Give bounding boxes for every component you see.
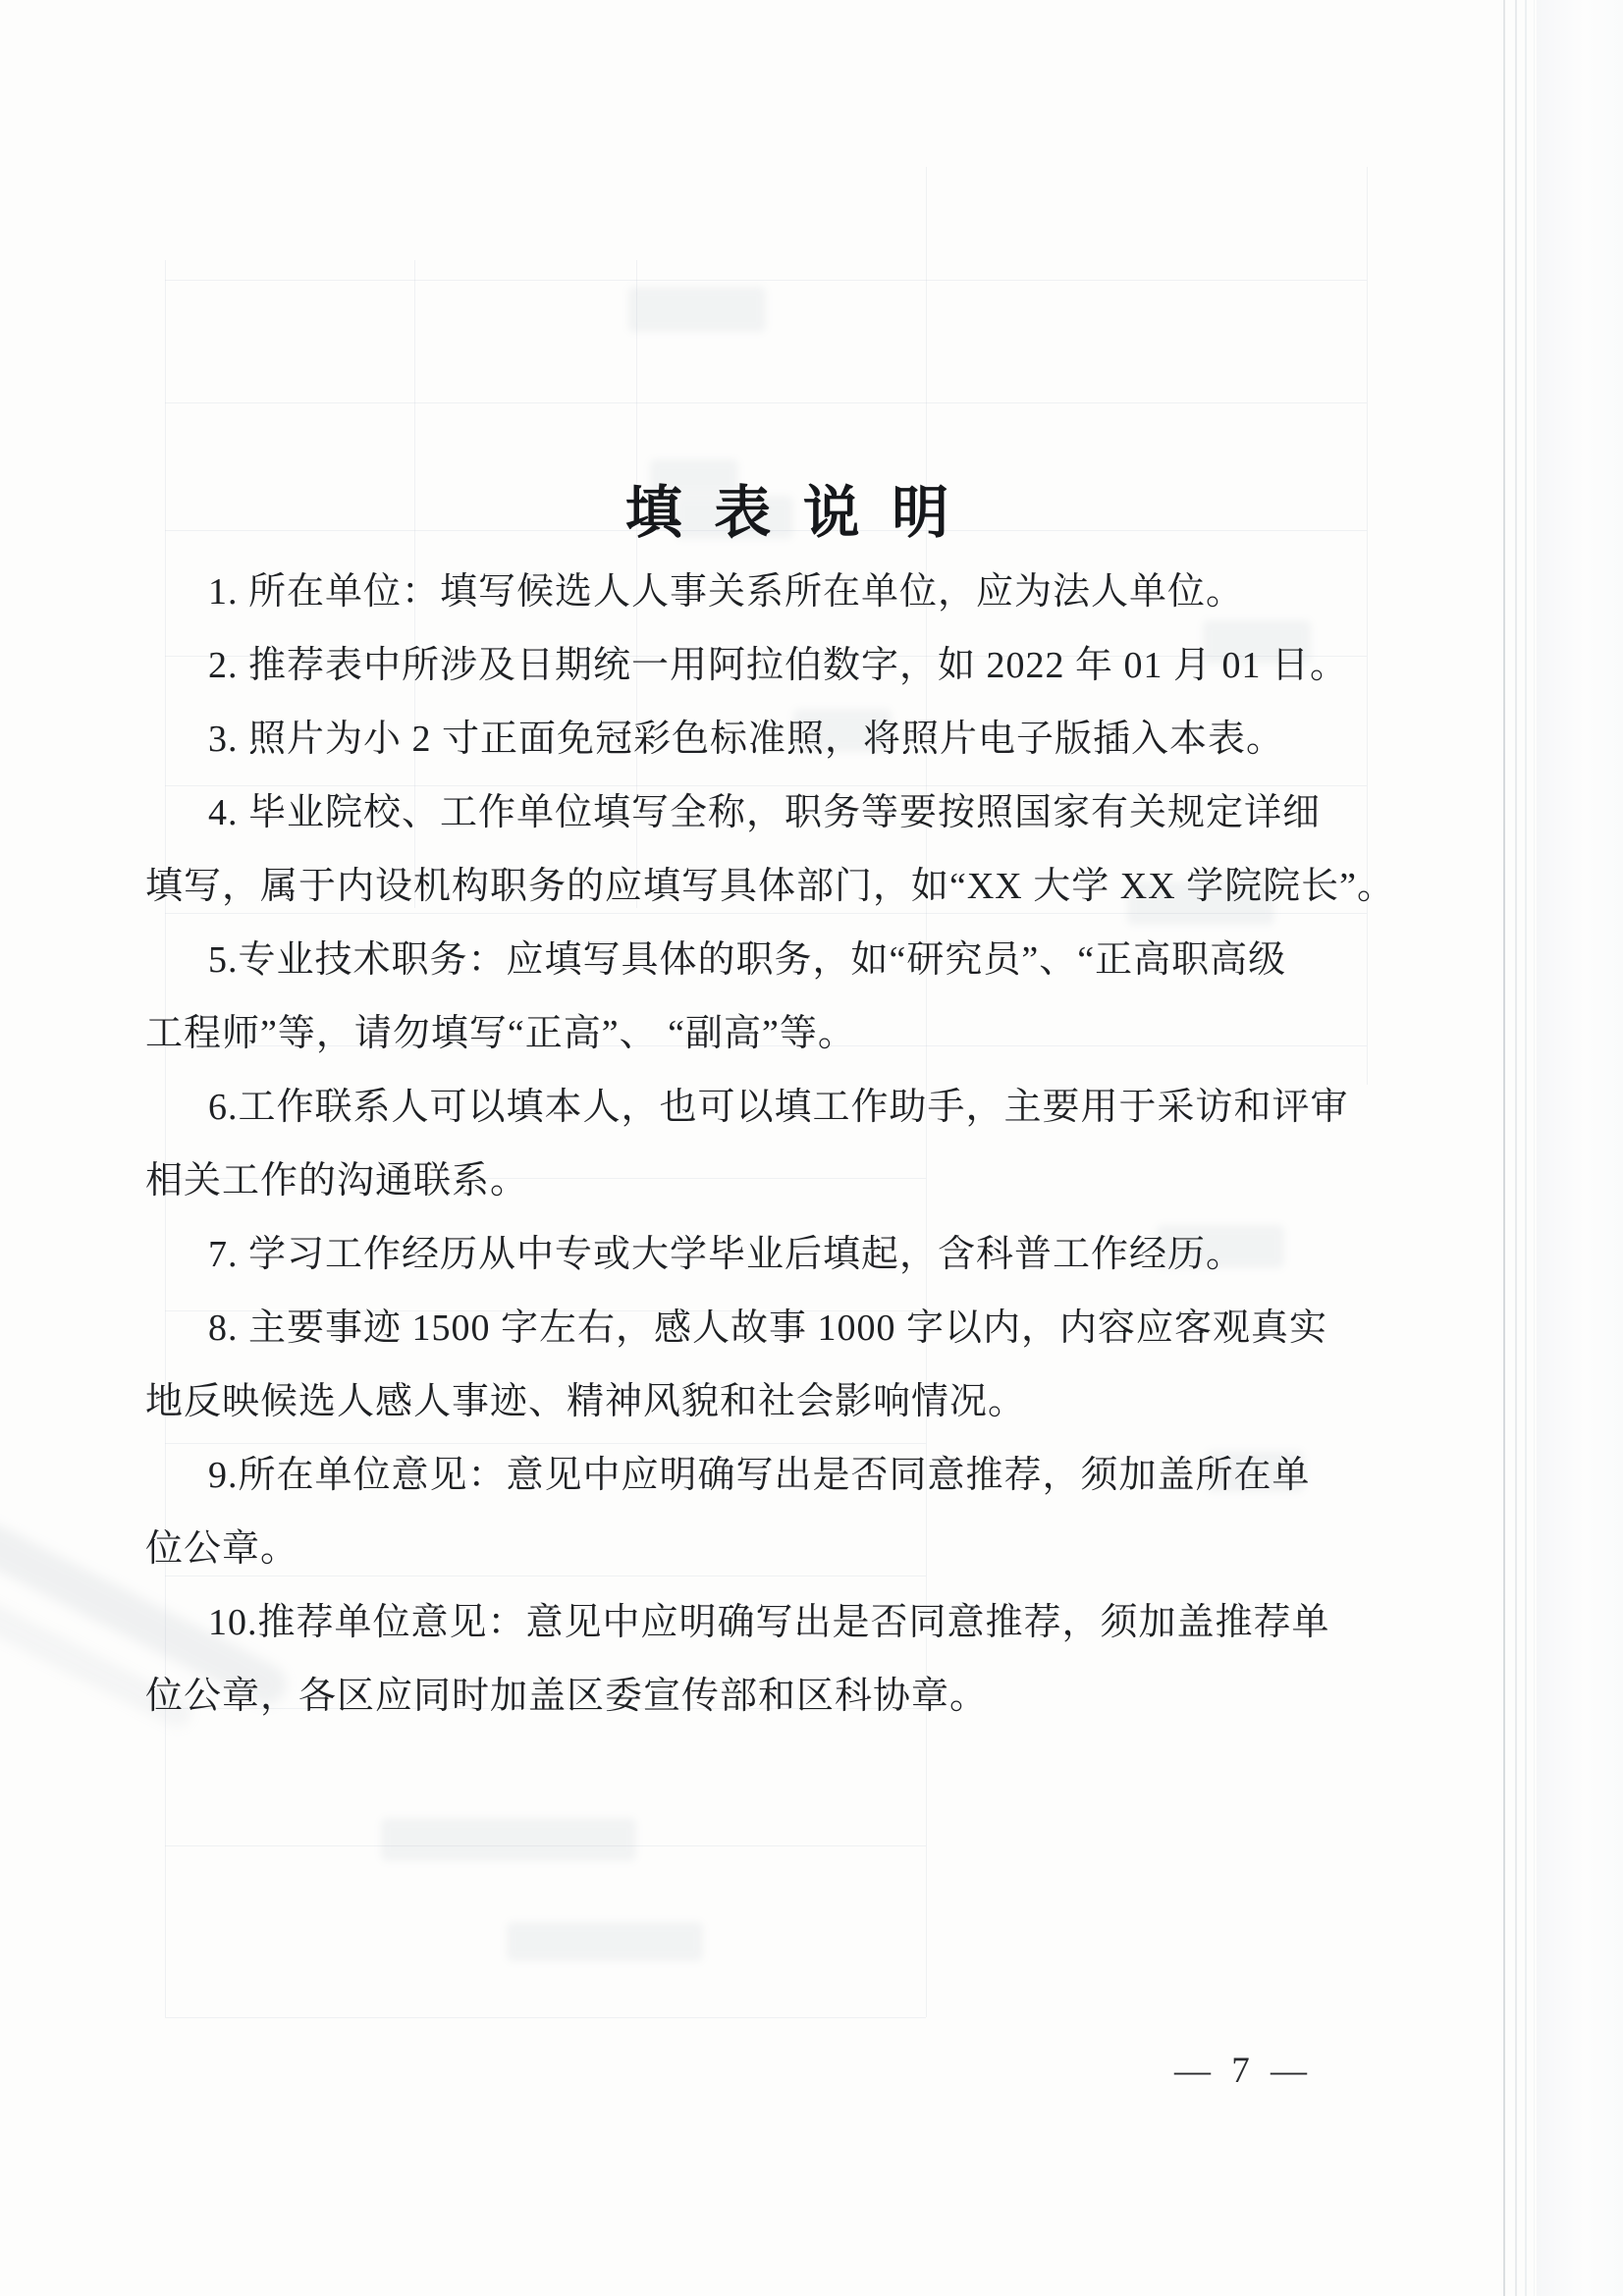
instruction-item-9: 9.所在单位意见：意见中应明确写出是否同意推荐，须加盖所在单 (145, 1439, 1439, 1513)
scanned-document-page: { "doc": { "title": "填 表 说 明", "items": … (0, 0, 1623, 2296)
instruction-item-4: 4. 毕业院校、工作单位填写全称，职务等要按照国家有关规定详细 (145, 776, 1439, 850)
instruction-item-5: 5.专业技术职务：应填写具体的职务，如“研究员”、“正高职高级 (145, 924, 1439, 997)
instruction-item-8: 8. 主要事迹 1500 字左右，感人故事 1000 字以内，内容应客观真实 (145, 1292, 1439, 1365)
instruction-item-5-cont: 工程师”等，请勿填写“正高”、 “副高”等。 (145, 997, 1439, 1071)
instruction-item-2: 2. 推荐表中所涉及日期统一用阿拉伯数字，如 2022 年 01 月 01 日。 (145, 629, 1439, 703)
instruction-item-1: 1. 所在单位：填写候选人人事关系所在单位，应为法人单位。 (145, 556, 1439, 629)
instruction-item-6: 6.工作联系人可以填本人，也可以填工作助手，主要用于采访和评审 (145, 1071, 1439, 1145)
instruction-item-10-cont: 位公章，各区应同时加盖区委宣传部和区科协章。 (145, 1660, 1439, 1734)
instruction-item-9-cont: 位公章。 (145, 1513, 1439, 1586)
instruction-item-6-cont: 相关工作的沟通联系。 (145, 1145, 1439, 1218)
instruction-item-3: 3. 照片为小 2 寸正面免冠彩色标准照，将照片电子版插入本表。 (145, 703, 1439, 776)
page-number: — 7 — (1174, 2050, 1313, 2092)
instruction-item-10: 10.推荐单位意见：意见中应明确写出是否同意推荐，须加盖推荐单 (145, 1586, 1439, 1660)
document-title: 填 表 说 明 (145, 466, 1437, 549)
instruction-item-7: 7. 学习工作经历从中专或大学毕业后填起，含科普工作经历。 (145, 1218, 1439, 1292)
instruction-item-8-cont: 地反映候选人感人事迹、精神风貌和社会影响情况。 (145, 1365, 1439, 1439)
instructions-list: 1. 所在单位：填写候选人人事关系所在单位，应为法人单位。 2. 推荐表中所涉及… (145, 556, 1439, 1734)
instruction-item-4-cont: 填写，属于内设机构职务的应填写具体部门，如“XX 大学 XX 学院院长”。 (145, 850, 1439, 924)
